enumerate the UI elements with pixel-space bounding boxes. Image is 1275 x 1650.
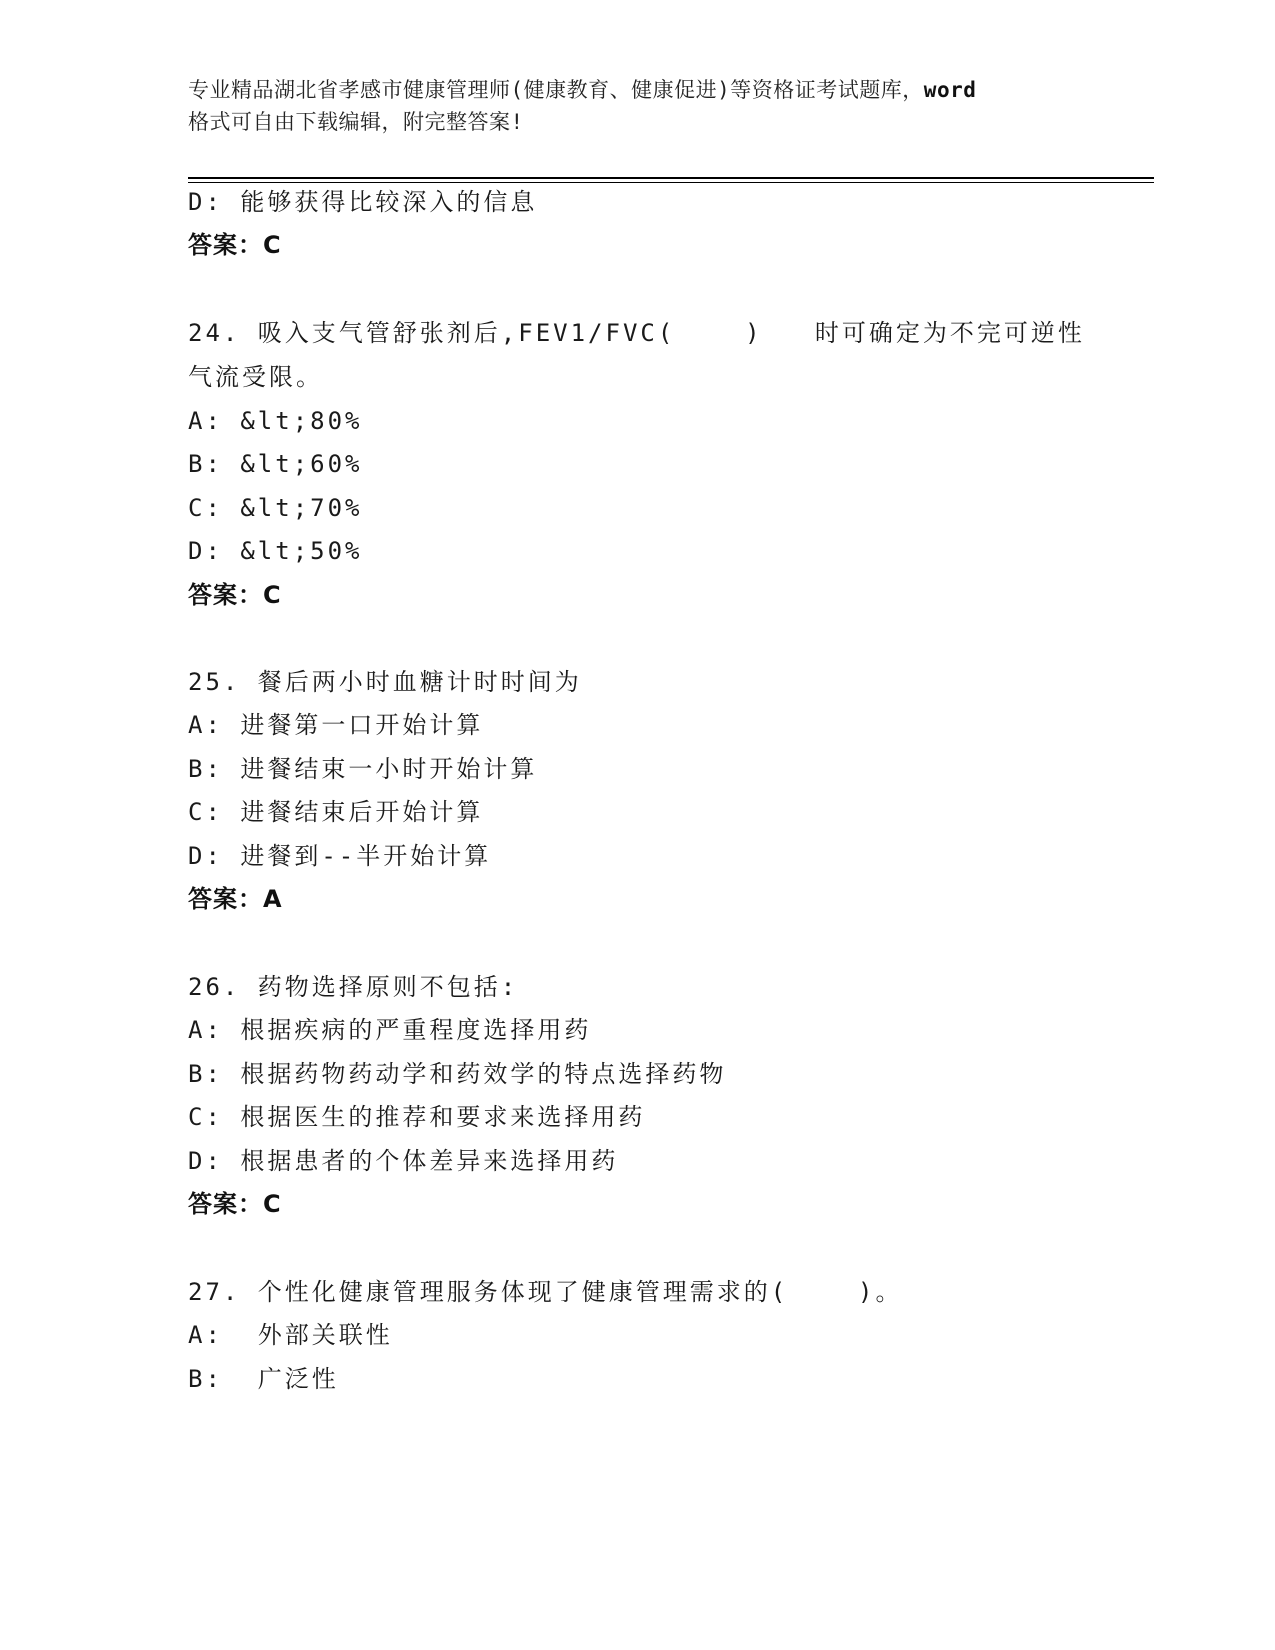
question-25-stem: 25. 餐后两小时血糖计时时间为	[188, 666, 582, 698]
question-26-option-b: B: 根据药物药动学和药效学的特点选择药物	[188, 1058, 726, 1090]
header-divider-thick	[188, 177, 1154, 179]
question-25-option-d: D: 进餐到--半开始计算	[188, 840, 491, 872]
answer-line: 答案：C	[188, 229, 282, 261]
question-24-stem: 24. 吸入支气管舒张剂后,FEV1/FVC( ) 时可确定为不完可逆性	[188, 317, 1085, 349]
question-27-option-a: A: 外部关联性	[188, 1319, 393, 1351]
question-26-option-c: C: 根据医生的推荐和要求来选择用药	[188, 1101, 645, 1133]
option-d: D: 能够获得比较深入的信息	[188, 186, 537, 218]
question-27-stem: 27. 个性化健康管理服务体现了健康管理需求的( )。	[188, 1276, 903, 1308]
question-26-option-a: A: 根据疾病的严重程度选择用药	[188, 1014, 591, 1046]
header-title: 专业精品湖北省孝感市健康管理师(健康教育、健康促进)等资格证考试题库，	[188, 78, 924, 102]
question-25-option-b: B: 进餐结束一小时开始计算	[188, 753, 537, 785]
question-24-option-d: D: &lt;50%	[188, 535, 363, 567]
question-26-stem: 26. 药物选择原则不包括:	[188, 971, 518, 1003]
question-26-answer: 答案：C	[188, 1188, 282, 1220]
question-25-option-c: C: 进餐结束后开始计算	[188, 796, 483, 828]
question-24-option-b: B: &lt;60%	[188, 448, 363, 480]
page-header: 专业精品湖北省孝感市健康管理师(健康教育、健康促进)等资格证考试题库，word …	[188, 74, 1088, 138]
header-line-1: 专业精品湖北省孝感市健康管理师(健康教育、健康促进)等资格证考试题库，word	[188, 74, 1088, 106]
header-line-2: 格式可自由下载编辑，附完整答案!	[188, 106, 1088, 138]
question-24-stem-cont: 气流受限。	[188, 361, 323, 393]
question-24-option-a: A: &lt;80%	[188, 405, 363, 437]
question-25-answer: 答案：A	[188, 883, 283, 915]
question-25-option-a: A: 进餐第一口开始计算	[188, 709, 483, 741]
header-word-format: word	[924, 78, 977, 102]
question-26-option-d: D: 根据患者的个体差异来选择用药	[188, 1145, 618, 1177]
question-24-option-c: C: &lt;70%	[188, 492, 363, 524]
question-27-option-b: B: 广泛性	[188, 1363, 339, 1395]
question-24-answer: 答案：C	[188, 579, 282, 611]
document-page: 专业精品湖北省孝感市健康管理师(健康教育、健康促进)等资格证考试题库，word …	[0, 0, 1275, 1650]
header-divider-thin	[188, 182, 1154, 183]
